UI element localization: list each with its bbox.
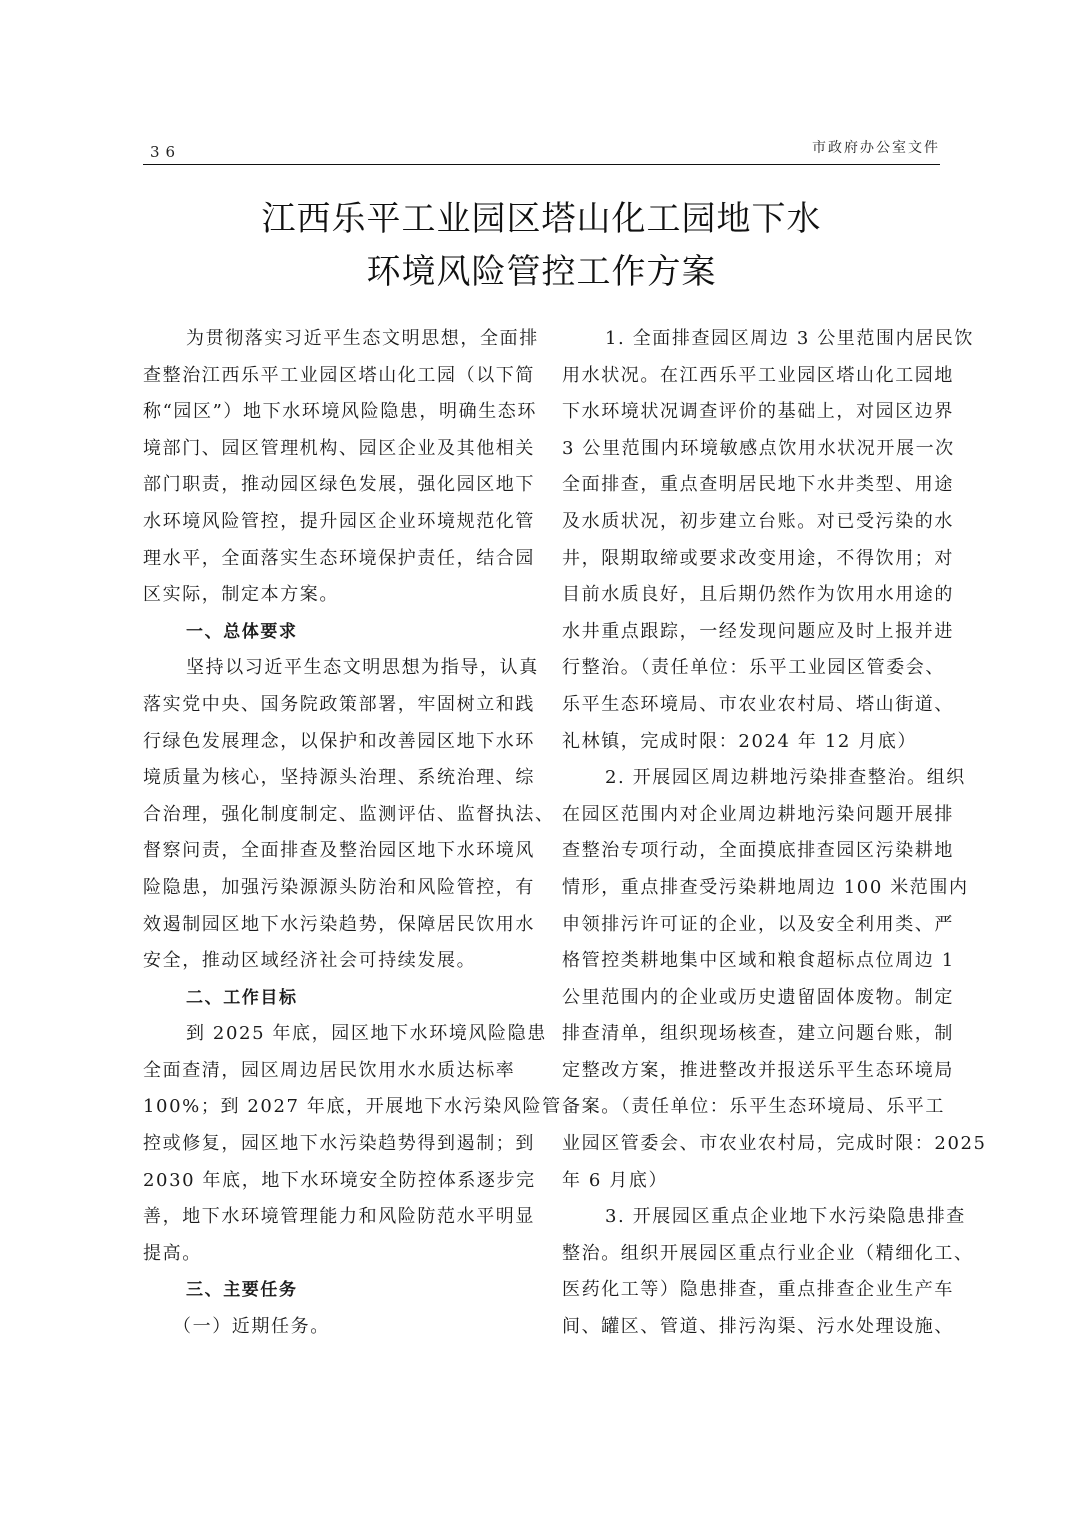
text-line: 为贯彻落实习近平生态文明思想，全面排 [143,321,523,358]
text-line: 全面查清，园区周边居民饮用水水质达标率 [143,1053,523,1090]
text-line: 安全，推动区域经济社会可持续发展。 [143,943,523,980]
text-line: 督察问责，全面排查及整治园区地下水环境风 [143,833,523,870]
text-line: 下水环境状况调查评价的基础上，对园区边界 [562,394,942,431]
text-line: 整治。组织开展园区重点行业企业（精细化工、 [562,1236,942,1273]
general-requirements-paragraph: 坚持以习近平生态文明思想为指导，认真 落实党中央、国务院政策部署，牢固树立和践 … [143,650,523,979]
text-line: 境部门、园区管理机构、园区企业及其他相关 [143,431,523,468]
text-line: 效遏制园区地下水污染趋势，保障居民饮用水 [143,907,523,944]
right-column: 1. 全面排查园区周边 3 公里范围内居民饮 用水状况。在江西乐平工业园区塔山化… [562,321,942,1346]
text-line: 3. 开展园区重点企业地下水污染隐患排查 [562,1199,942,1236]
text-line: 用水状况。在江西乐平工业园区塔山化工园地 [562,358,942,395]
text-line: 申领排污许可证的企业，以及安全利用类、严 [562,907,942,944]
text-line: 坚持以习近平生态文明思想为指导，认真 [143,650,523,687]
text-line: 全面排查，重点查明居民地下水井类型、用途 [562,467,942,504]
text-line: 3 公里范围内环境敏感点饮用水状况开展一次 [562,431,942,468]
text-line: 控或修复，园区地下水污染趋势得到遏制；到 [143,1126,523,1163]
task-item-2: 2. 开展园区周边耕地污染排查整治。组织 在园区范围内对企业周边耕地污染问题开展… [562,760,942,1199]
text-line: 称“园区”）地下水环境风险隐患，明确生态环 [143,394,523,431]
text-line: 礼林镇，完成时限：2024 年 12 月底） [562,724,942,761]
text-line: 100%；到 2027 年底，开展地下水污染风险管 [143,1089,523,1126]
running-title: 市政府办公室文件 [812,137,940,157]
work-goals-paragraph: 到 2025 年底，园区地下水环境风险隐患 全面查清，园区周边居民饮用水水质达标… [143,1016,523,1272]
header-rule [143,164,940,165]
text-line: 善，地下水环境管理能力和风险防范水平明显 [143,1199,523,1236]
text-line: 医药化工等）隐患排查，重点排查企业生产车 [562,1272,942,1309]
text-line: 年 6 月底） [562,1163,942,1200]
text-line: 排查清单，组织现场核查，建立问题台账，制 [562,1016,942,1053]
text-line: 合治理，强化制度制定、监测评估、监督执法、 [143,797,523,834]
text-line: 境质量为核心，坚持源头治理、系统治理、综 [143,760,523,797]
intro-paragraph: 为贯彻落实习近平生态文明思想，全面排 查整治江西乐平工业园区塔山化工园（以下简 … [143,321,523,614]
text-line: 及水质状况，初步建立台账。对已受污染的水 [562,504,942,541]
text-line: 部门职责，推动园区绿色发展，强化园区地下 [143,467,523,504]
section-heading-general-requirements: 一、总体要求 [143,614,523,651]
text-line: 水环境风险管控，提升园区企业环境规范化管 [143,504,523,541]
text-line: 间、罐区、管道、排污沟渠、污水处理设施、 [562,1309,942,1346]
section-heading-work-goals: 二、工作目标 [143,980,523,1017]
text-line: 业园区管委会、市农业农村局，完成时限：2025 [562,1126,942,1163]
text-line: 行绿色发展理念，以保护和改善园区地下水环 [143,724,523,761]
text-line: 落实党中央、国务院政策部署，牢固树立和践 [143,687,523,724]
text-line: 理水平，全面落实生态环境保护责任，结合园 [143,541,523,578]
task-item-1: 1. 全面排查园区周边 3 公里范围内居民饮 用水状况。在江西乐平工业园区塔山化… [562,321,942,760]
text-line: 查整治专项行动，全面摸底排查园区污染耕地 [562,833,942,870]
text-line: 查整治江西乐平工业园区塔山化工园（以下简 [143,358,523,395]
text-line: 目前水质良好，且后期仍然作为饮用水用途的 [562,577,942,614]
text-line: 定整改方案，推进整改并报送乐平生态环境局 [562,1053,942,1090]
text-line: 行整治。（责任单位：乐平工业园区管委会、 [562,650,942,687]
left-column: 为贯彻落实习近平生态文明思想，全面排 查整治江西乐平工业园区塔山化工园（以下简 … [143,321,523,1346]
text-line: 到 2025 年底，园区地下水环境风险隐患 [143,1016,523,1053]
page-number: 36 [150,143,181,161]
text-line: 险隐患，加强污染源源头防治和风险管控，有 [143,870,523,907]
task-item-3: 3. 开展园区重点企业地下水污染隐患排查 整治。组织开展园区重点行业企业（精细化… [562,1199,942,1345]
title-line: 江西乐平工业园区塔山化工园地下水 [143,193,940,246]
text-line: 备案。（责任单位：乐平生态环境局、乐平工 [562,1089,942,1126]
text-line: 乐平生态环境局、市农业农村局、塔山街道、 [562,687,942,724]
document-title: 江西乐平工业园区塔山化工园地下水 环境风险管控工作方案 [143,193,940,299]
subsection-heading-near-term-tasks: （一）近期任务。 [143,1309,523,1346]
text-line: 区实际，制定本方案。 [143,577,523,614]
text-line: 井，限期取缔或要求改变用途，不得饮用；对 [562,541,942,578]
title-line: 环境风险管控工作方案 [143,246,940,299]
text-line: 情形，重点排查受污染耕地周边 100 米范围内 [562,870,942,907]
text-line: 1. 全面排查园区周边 3 公里范围内居民饮 [562,321,942,358]
text-line: 2030 年底，地下水环境安全防控体系逐步完 [143,1163,523,1200]
section-heading-main-tasks: 三、主要任务 [143,1272,523,1309]
text-line: 2. 开展园区周边耕地污染排查整治。组织 [562,760,942,797]
text-line: 格管控类耕地集中区域和粮食超标点位周边 1 [562,943,942,980]
text-line: 提高。 [143,1236,523,1273]
text-line: 在园区范围内对企业周边耕地污染问题开展排 [562,797,942,834]
text-line: 水井重点跟踪，一经发现问题应及时上报并进 [562,614,942,651]
text-line: 公里范围内的企业或历史遗留固体废物。制定 [562,980,942,1017]
